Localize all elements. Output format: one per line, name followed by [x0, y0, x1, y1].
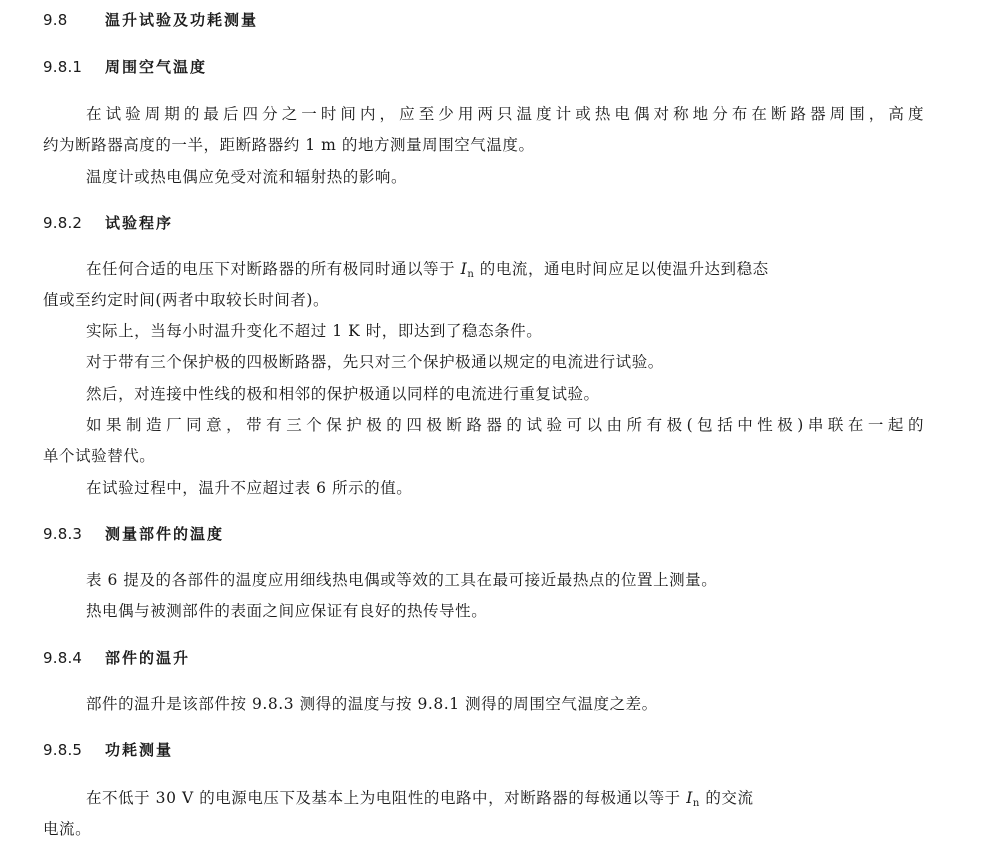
paragraph-line: 表 6 提及的各部件的温度应用细线热电偶或等效的工具在最可接近最热点的位置上测量… — [86, 570, 717, 590]
paragraph-line: 在试验周期的最后四分之一时间内，应至少用两只温度计或热电偶对称地分布在断路器周围… — [86, 104, 924, 124]
section-title: 周围空气温度 — [105, 58, 207, 76]
section-number: 9.8.1 — [43, 57, 105, 77]
paragraph-line: 如果制造厂同意，带有三个保护极的四极断路器的试验可以由所有极(包括中性极)串联在… — [86, 415, 924, 435]
section-number: 9.8.3 — [43, 524, 105, 544]
paragraph-line: 在任何合适的电压下对断路器的所有极同时通以等于 In 的电流，通电时间应足以使温… — [86, 259, 924, 285]
rated-current-symbol: I — [686, 789, 693, 807]
section-heading-9-8-4: 9.8.4部件的温升 — [43, 648, 190, 668]
paragraph-line: 在试验过程中，温升不应超过表 6 所示的值。 — [86, 478, 412, 498]
section-title: 试验程序 — [105, 214, 173, 232]
paragraph-line: 约为断路器高度的一半，距断路器约 1 m 的地方测量周围空气温度。 — [43, 135, 535, 155]
section-title: 部件的温升 — [105, 649, 190, 667]
section-title: 温升试验及功耗测量 — [105, 11, 258, 29]
paragraph-line: 实际上，当每小时温升变化不超过 1 K 时，即达到了稳态条件。 — [86, 321, 542, 341]
paragraph-line: 温度计或热电偶应免受对流和辐射热的影响。 — [86, 167, 407, 187]
paragraph-line: 热电偶与被测部件的表面之间应保证有良好的热传导性。 — [86, 601, 487, 621]
section-number: 9.8.5 — [43, 740, 105, 760]
section-heading-9-8-5: 9.8.5功耗测量 — [43, 740, 173, 760]
section-heading-9-8: 9.8温升试验及功耗测量 — [43, 10, 258, 30]
paragraph-line: 值或至约定时间(两者中取较长时间者)。 — [43, 290, 329, 310]
paragraph-line: 在不低于 30 V 的电源电压下及基本上为电阻性的电路中，对断路器的每极通以等于… — [86, 788, 924, 814]
section-heading-9-8-3: 9.8.3测量部件的温度 — [43, 524, 224, 544]
paragraph-line: 单个试验替代。 — [43, 446, 155, 466]
paragraph-line: 对于带有三个保护极的四极断路器，先只对三个保护极通以规定的电流进行试验。 — [86, 352, 664, 372]
section-heading-9-8-2: 9.8.2试验程序 — [43, 213, 173, 233]
section-heading-9-8-1: 9.8.1周围空气温度 — [43, 57, 207, 77]
paragraph-line: 然后，对连接中性线的极和相邻的保护极通以同样的电流进行重复试验。 — [86, 384, 600, 404]
section-title: 测量部件的温度 — [105, 525, 224, 543]
paragraph-line: 电流。 — [43, 819, 91, 839]
paragraph-line: 部件的温升是该部件按 9.8.3 测得的温度与按 9.8.1 测得的周围空气温度… — [86, 694, 658, 714]
section-title: 功耗测量 — [105, 741, 173, 759]
section-number: 9.8 — [43, 10, 105, 30]
section-number: 9.8.2 — [43, 213, 105, 233]
section-number: 9.8.4 — [43, 648, 105, 668]
